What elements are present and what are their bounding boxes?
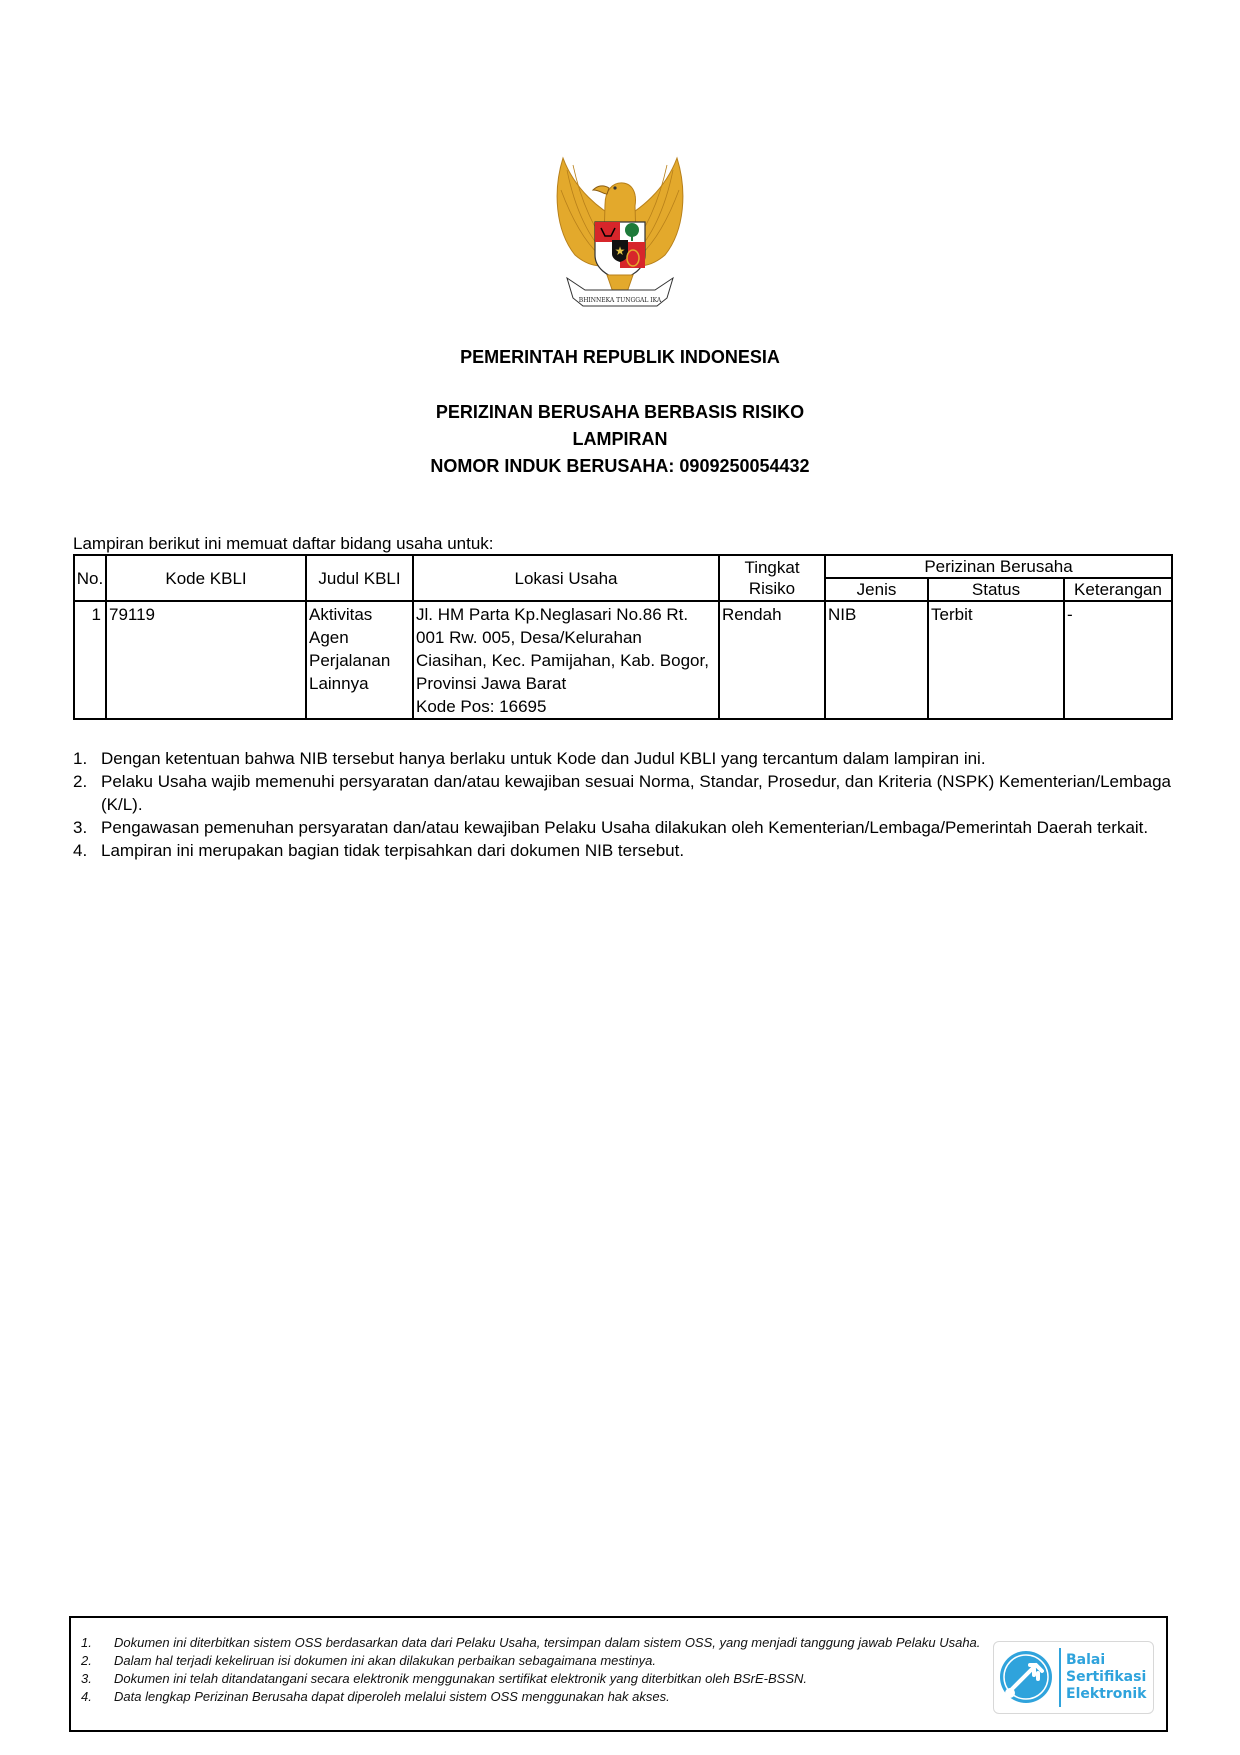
garuda-emblem: ★ BHINNEKA TUNGGAL IKA xyxy=(545,150,695,320)
footer-note-item: 3.Dokumen ini telah ditandatangani secar… xyxy=(81,1670,981,1688)
cell-keterangan: - xyxy=(1064,601,1172,719)
cell-judul-kbli: Aktivitas Agen Perjalanan Lainnya xyxy=(306,601,413,719)
header-lokasi-usaha: Lokasi Usaha xyxy=(413,555,719,601)
note-item: 1.Dengan ketentuan bahwa NIB tersebut ha… xyxy=(73,747,1171,770)
note-item: 2.Pelaku Usaha wajib memenuhi persyarata… xyxy=(73,770,1171,816)
lokasi-kode-pos: Kode Pos: 16695 xyxy=(416,695,716,718)
header-tingkat-risiko: Tingkat Risiko xyxy=(719,555,825,601)
cell-tingkat-risiko: Rendah xyxy=(719,601,825,719)
header-status: Status xyxy=(928,578,1064,601)
logo-divider xyxy=(1059,1648,1061,1707)
header-judul-kbli: Judul KBLI xyxy=(306,555,413,601)
header-kode-kbli: Kode KBLI xyxy=(106,555,306,601)
footer-notes-list: 1.Dokumen ini diterbitkan sistem OSS ber… xyxy=(81,1634,981,1706)
table-row: 1 79119 Aktivitas Agen Perjalanan Lainny… xyxy=(74,601,1172,719)
cell-no: 1 xyxy=(74,601,106,719)
intro-text: Lampiran berikut ini memuat daftar bidan… xyxy=(73,534,494,554)
footer-note-item: 1.Dokumen ini diterbitkan sistem OSS ber… xyxy=(81,1634,981,1652)
bsre-logo: Balai Sertifikasi Elektronik xyxy=(993,1641,1154,1714)
nib-number: NOMOR INDUK BERUSAHA: 0909250054432 xyxy=(0,453,1240,480)
note-item: 3.Pengawasan pemenuhan persyaratan dan/a… xyxy=(73,816,1171,839)
note-item: 4.Lampiran ini merupakan bagian tidak te… xyxy=(73,839,1171,862)
svg-text:BHINNEKA TUNGGAL IKA: BHINNEKA TUNGGAL IKA xyxy=(579,297,662,304)
key-icon xyxy=(998,1649,1054,1705)
lokasi-address: Jl. HM Parta Kp.Neglasari No.86 Rt. 001 … xyxy=(416,603,716,695)
notes-list: 1.Dengan ketentuan bahwa NIB tersebut ha… xyxy=(73,747,1171,862)
government-title: PEMERINTAH REPUBLIK INDONESIA xyxy=(0,344,1240,371)
garuda-icon: ★ BHINNEKA TUNGGAL IKA xyxy=(545,150,695,320)
cell-kode-kbli: 79119 xyxy=(106,601,306,719)
svg-text:★: ★ xyxy=(615,244,626,258)
footer-note-item: 2.Dalam hal terjadi kekeliruan isi dokum… xyxy=(81,1652,981,1670)
business-field-table: No. Kode KBLI Judul KBLI Lokasi Usaha Ti… xyxy=(73,554,1173,720)
cell-jenis: NIB xyxy=(825,601,928,719)
document-title-block: PERIZINAN BERUSAHA BERBASIS RISIKO LAMPI… xyxy=(0,399,1240,480)
cell-lokasi-usaha: Jl. HM Parta Kp.Neglasari No.86 Rt. 001 … xyxy=(413,601,719,719)
header-no: No. xyxy=(74,555,106,601)
footer-note-item: 4.Data lengkap Perizinan Berusaha dapat … xyxy=(81,1688,981,1706)
cell-status: Terbit xyxy=(928,601,1064,719)
document-title: PERIZINAN BERUSAHA BERBASIS RISIKO xyxy=(0,399,1240,426)
header-keterangan: Keterangan xyxy=(1064,578,1172,601)
document-subtitle: LAMPIRAN xyxy=(0,426,1240,453)
header-perizinan-berusaha: Perizinan Berusaha xyxy=(825,555,1172,578)
header-jenis: Jenis xyxy=(825,578,928,601)
bsre-logo-text: Balai Sertifikasi Elektronik xyxy=(1066,1652,1146,1703)
